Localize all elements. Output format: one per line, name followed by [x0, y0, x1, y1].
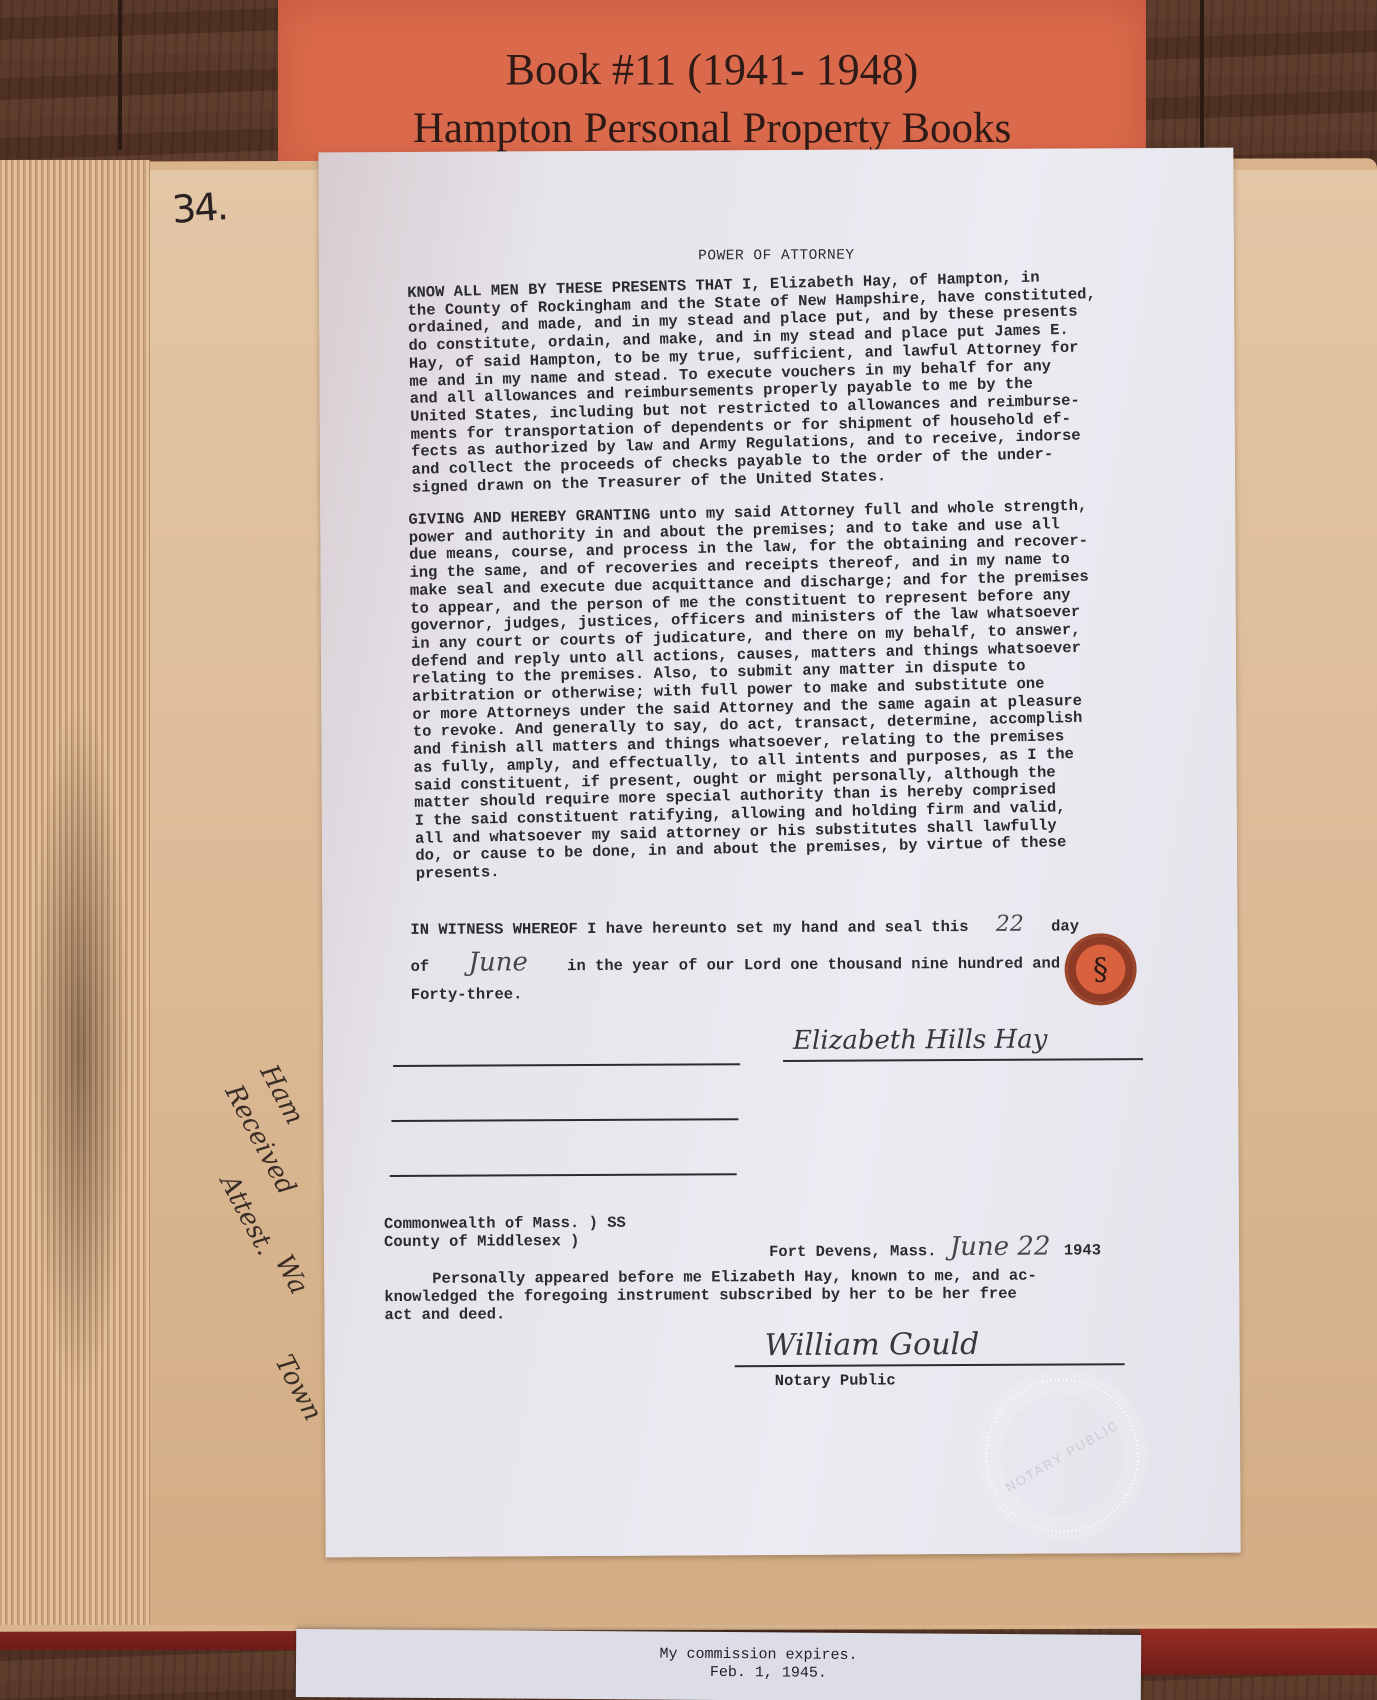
acknowledgment-line3: act and deed.: [384, 1305, 505, 1324]
witness-day-suffix: day: [1051, 917, 1079, 935]
jurisdiction-line2: County of Middlesex ): [384, 1232, 579, 1251]
witness-of: of: [411, 958, 430, 976]
page-number: 34.: [171, 184, 228, 232]
page-shadow: [30, 700, 130, 1400]
witness-signature-line: [391, 1118, 738, 1122]
power-of-attorney-document: POWER OF ATTORNEY KNOW ALL MEN BY THESE …: [318, 148, 1240, 1558]
wood-seam: [118, 0, 122, 150]
witness-year-end: Forty-three.: [411, 985, 523, 1004]
jurisdiction-line1: Commonwealth of Mass. ) SS: [384, 1214, 626, 1233]
acknowledgment-line2: knowledged the foregoing instrument subs…: [384, 1285, 1017, 1306]
witness-signature-line: [390, 1173, 737, 1177]
handwritten-month: June: [468, 947, 527, 977]
witness-line: IN WITNESS WHEREOF I have hereunto set m…: [410, 911, 1079, 940]
notary-place-date: Fort Devens, Mass. June 22 1943: [769, 1231, 1101, 1263]
margin-note: Town: [269, 1350, 328, 1426]
wax-seal-icon: §: [1067, 936, 1133, 1002]
paragraph-granting: GIVING AND HEREBY GRANTING unto my said …: [408, 496, 1196, 884]
handwritten-notary-date: June 22: [950, 1232, 1051, 1263]
paragraph-appointment: KNOW ALL MEN BY THESE PRESENTS THAT I, E…: [407, 266, 1192, 497]
sign-title: Book #11 (1941- 1948): [278, 44, 1146, 95]
witness-signature-line: [393, 1063, 740, 1067]
commission-slip: My commission expires. Feb. 1, 1945.: [296, 1629, 1141, 1700]
document-title: POWER OF ATTORNEY: [319, 246, 1234, 267]
witness-prefix: IN WITNESS WHEREOF I have hereunto set m…: [410, 918, 968, 939]
margin-notes: Ham Received Attest. Wa Town: [220, 1060, 330, 1420]
notary-signature-line: [735, 1363, 1125, 1367]
red-binder-cover: [1140, 1625, 1377, 1675]
witness-month-line: of June in the year of our Lord one thou…: [410, 945, 1060, 978]
notary-year: 1943: [1064, 1241, 1101, 1259]
emboss-text: NOTARY PUBLIC: [1003, 1416, 1122, 1494]
embossed-notary-seal-icon: NOTARY PUBLIC: [957, 1350, 1168, 1561]
notary-place: Fort Devens, Mass.: [769, 1242, 937, 1261]
principal-signature: Elizabeth Hills Hay: [793, 1025, 1048, 1056]
margin-note: Wa: [269, 1250, 314, 1299]
witness-year-text: in the year of our Lord one thousand nin…: [567, 955, 1060, 976]
notary-title: Notary Public: [775, 1371, 896, 1390]
notary-signature: William Gould: [764, 1327, 979, 1363]
sign-subtitle: Hampton Personal Property Books: [278, 104, 1146, 153]
handwritten-day: 22: [996, 912, 1024, 937]
wood-seam: [1200, 0, 1204, 150]
principal-signature-line: [783, 1058, 1143, 1062]
